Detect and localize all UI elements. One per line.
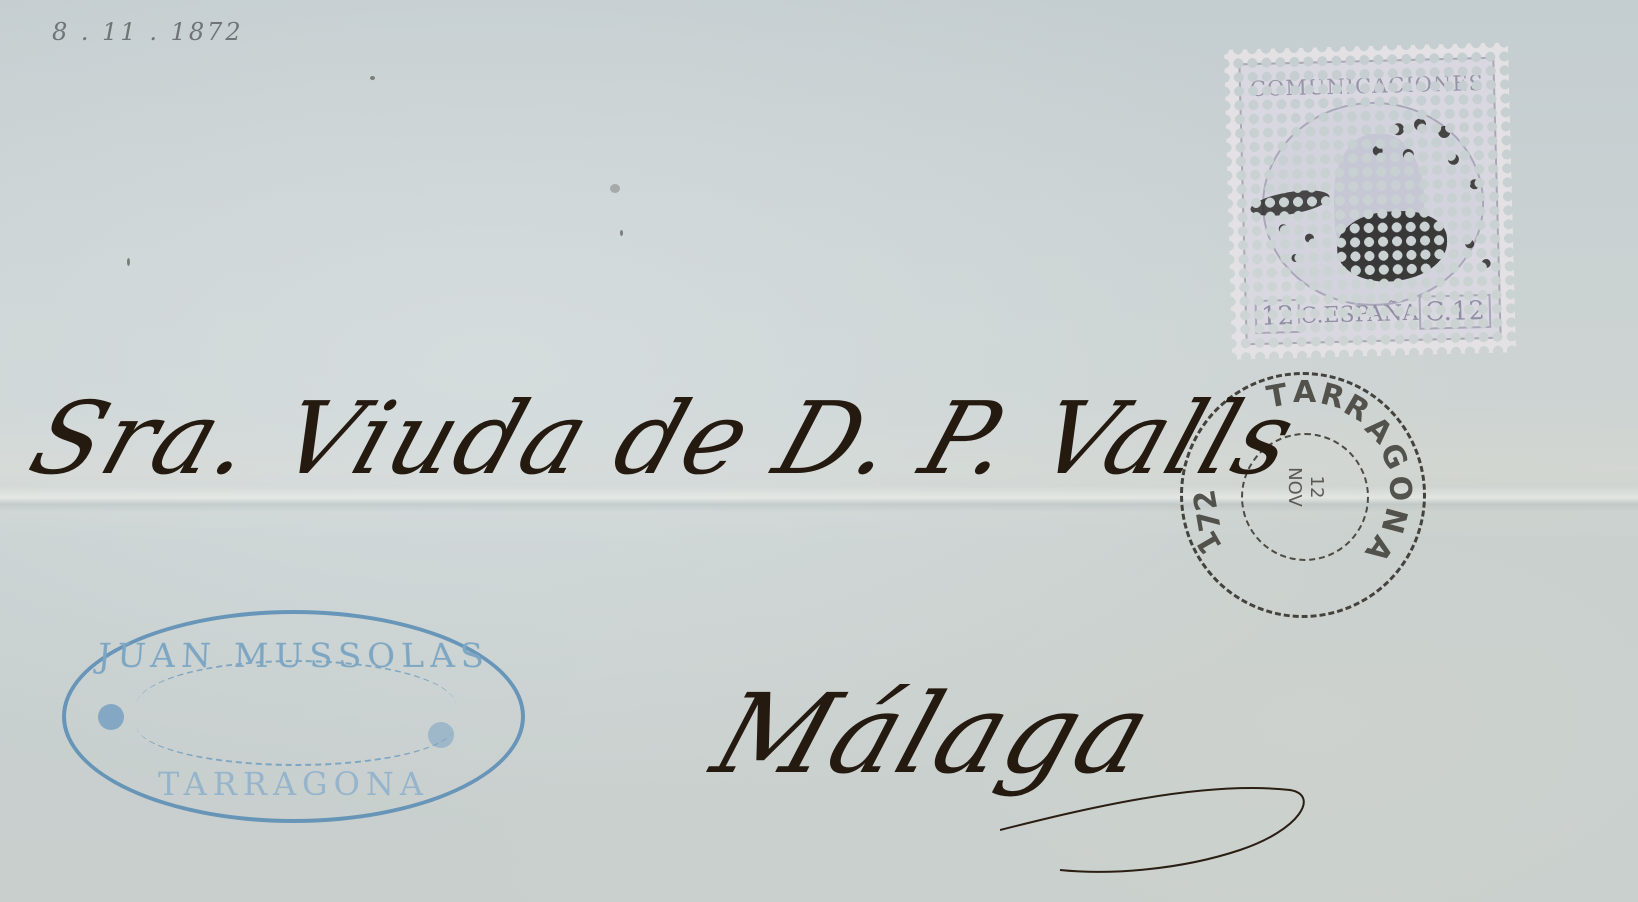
paper-spot [610, 184, 620, 193]
postmark-letter: A [1358, 529, 1400, 568]
postmark-letter: N [1373, 504, 1413, 537]
flourish-icon [1000, 770, 1320, 880]
address-line-recipient: Sra. Viuda de D. P. Valls [17, 380, 1310, 497]
handstamp-town: TARRAGONA [66, 765, 521, 803]
sender-handstamp: JUAN MUSSOLAS TARRAGONA [62, 610, 525, 823]
postmark-date: 12 NOV [1283, 455, 1327, 519]
star-icon [98, 704, 124, 730]
postal-cover: 8 . 11 . 1872 COMUNICACIONES 12 C.ESPAÑA… [0, 0, 1638, 902]
stamp-frame: COMUNICACIONES 12 C.ESPAÑA C.12 [1238, 57, 1501, 346]
postmark-day: 12 [1306, 476, 1327, 499]
handstamp-sender-name: JUAN MUSSOLAS [64, 636, 523, 675]
stamp-value-left: 12 [1255, 299, 1301, 334]
stamp-value-right: C.12 [1418, 294, 1491, 330]
stamp-value-bar: 12 C.ESPAÑA C.12 [1254, 291, 1491, 337]
cancel-dot [1482, 259, 1491, 268]
stamp-country: C.ESPAÑA [1300, 300, 1419, 328]
postage-stamp: COMUNICACIONES 12 C.ESPAÑA C.12 [1224, 42, 1516, 359]
handstamp-arc [136, 684, 456, 766]
postmark-letter: O [1381, 474, 1418, 502]
stamp-top-text: COMUNICACIONES [1241, 71, 1494, 102]
paper-speck [127, 258, 130, 266]
paper-speck [370, 76, 375, 80]
paper-speck [620, 230, 623, 236]
pencil-date-note: 8 . 11 . 1872 [52, 18, 244, 46]
postmark-month: NOV [1284, 467, 1305, 507]
star-icon [428, 722, 454, 748]
